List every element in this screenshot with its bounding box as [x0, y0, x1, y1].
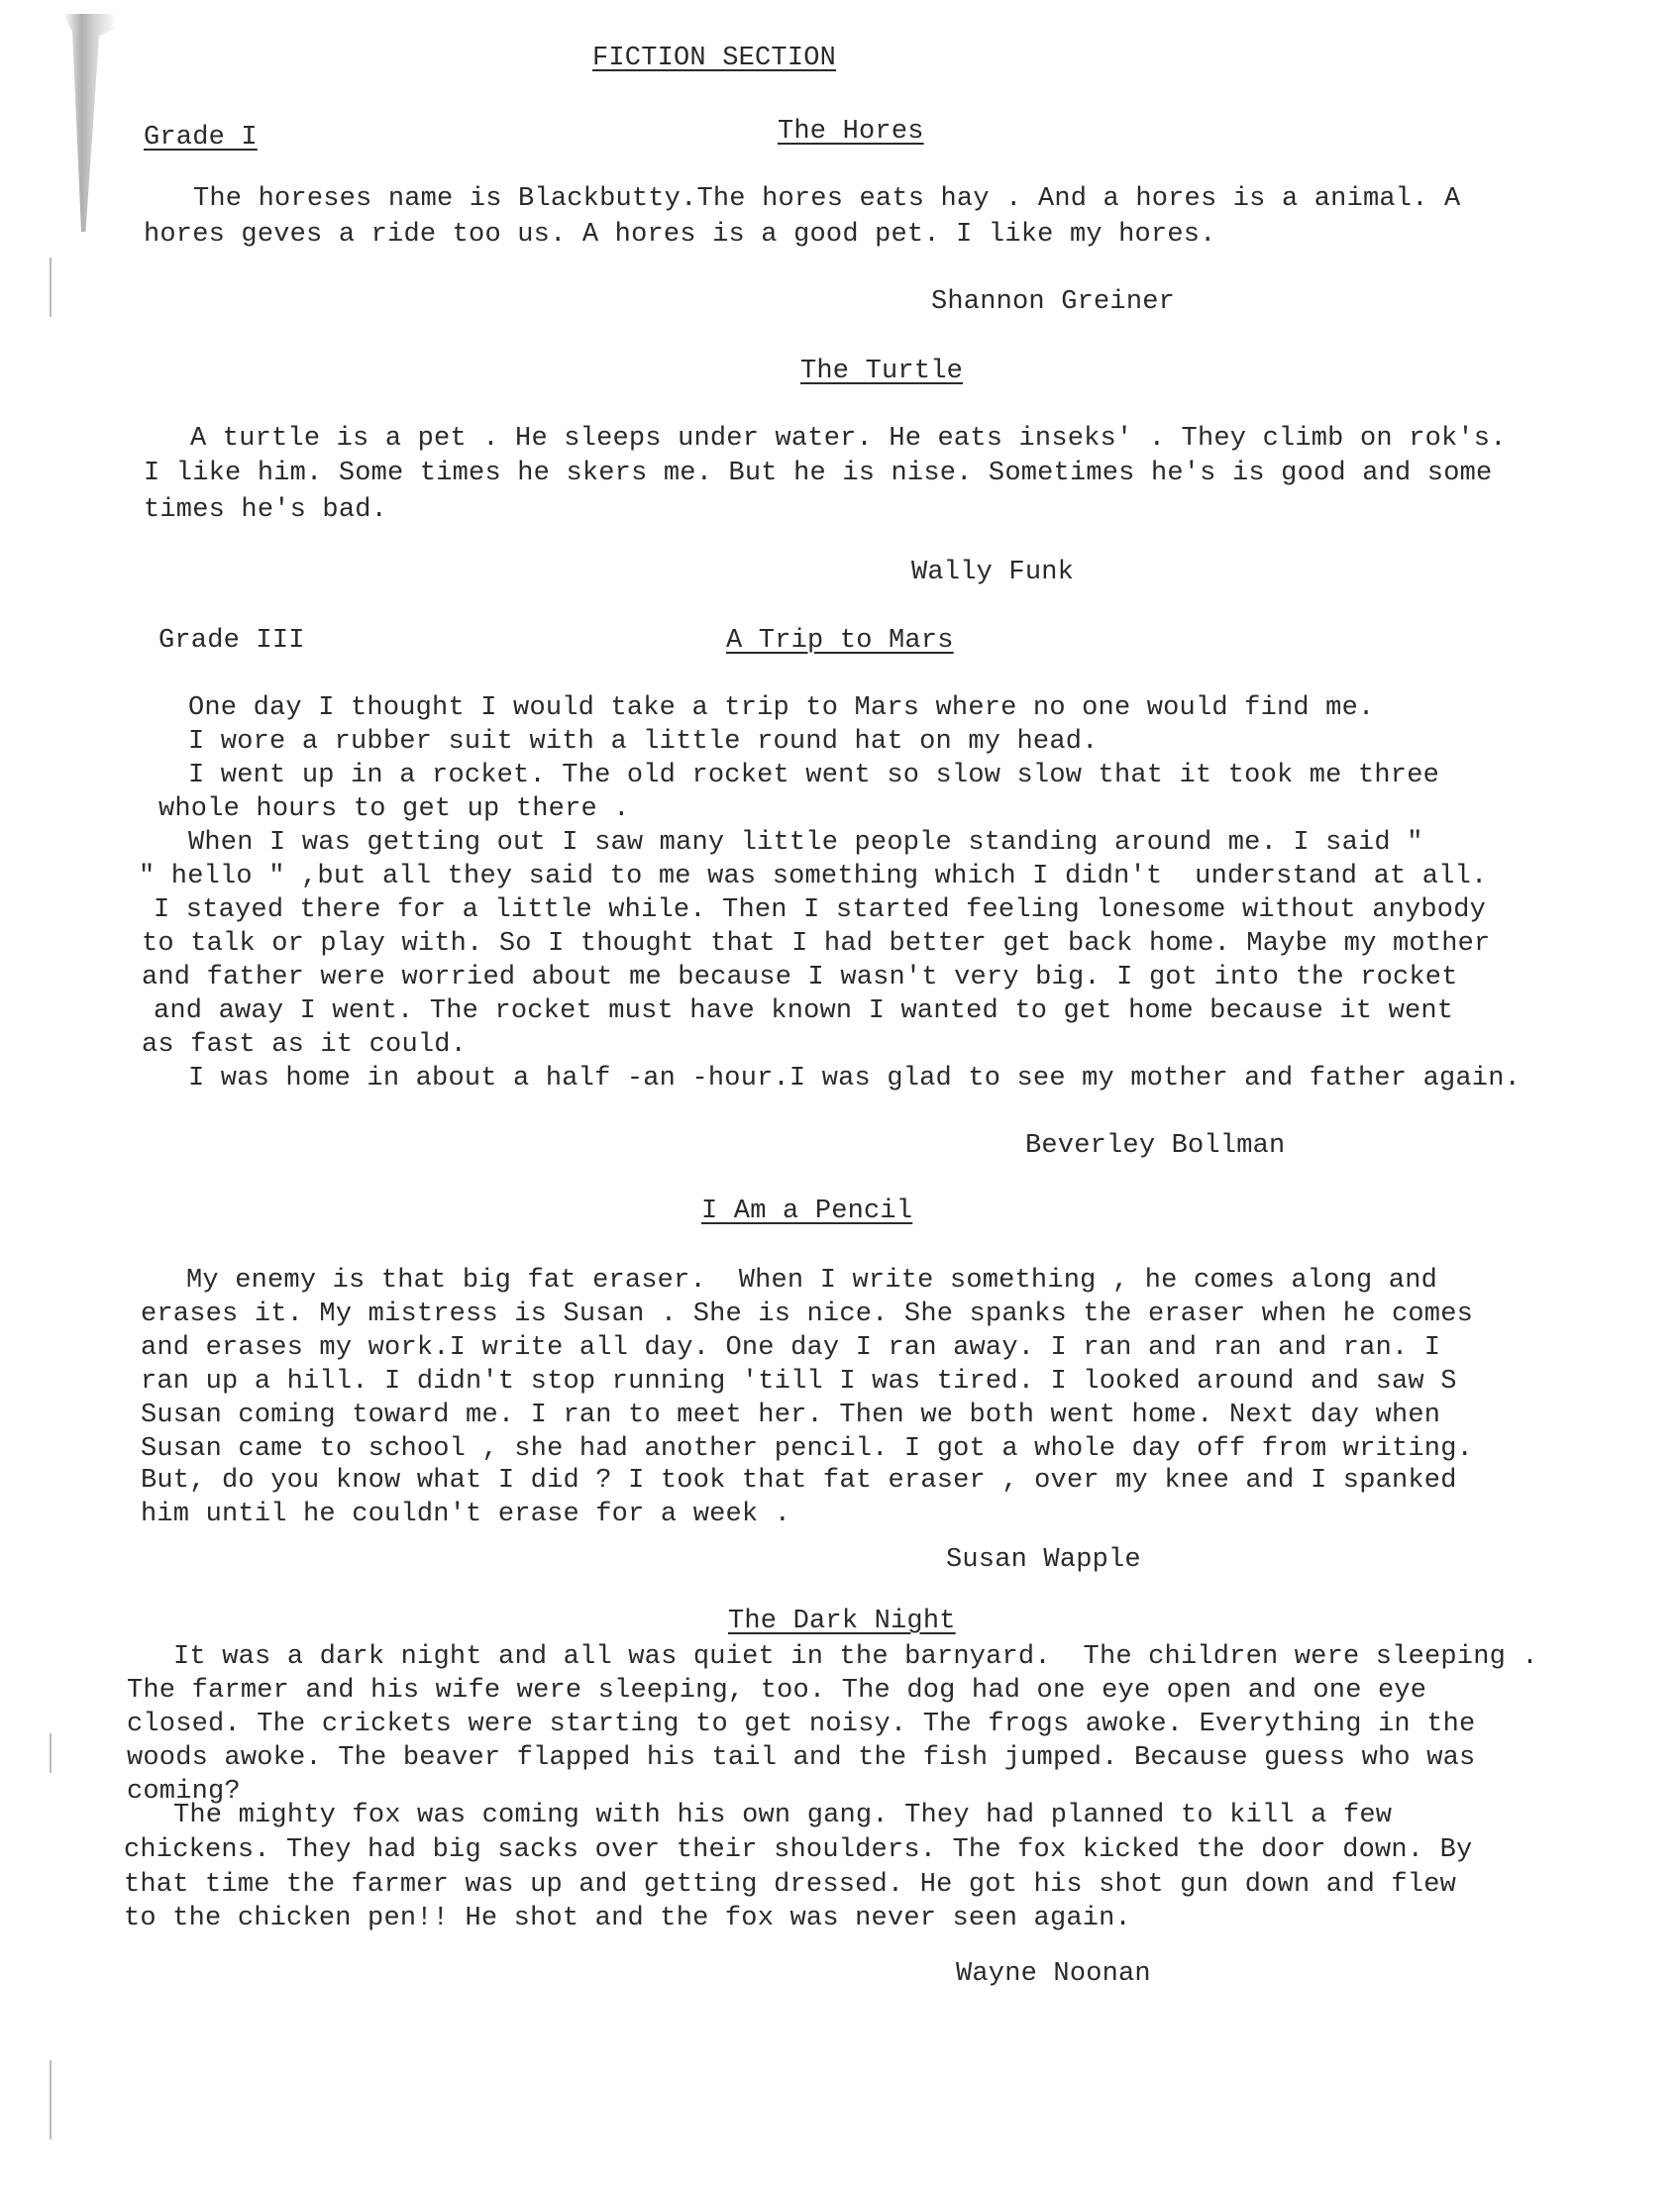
- story-line: woods awoke. The beaver flapped his tail…: [127, 1743, 1475, 1773]
- story-line: closed. The crickets were starting to ge…: [127, 1710, 1475, 1739]
- story-line: chickens. They had big sacks over their …: [124, 1835, 1472, 1865]
- scan-edge-mark: [50, 2060, 52, 2139]
- story-line: " hello " ,but all they said to me was s…: [139, 862, 1487, 891]
- story-line: and erases my work.I write all day. One …: [141, 1333, 1440, 1363]
- story-line: My enemy is that big fat eraser. When I …: [186, 1266, 1437, 1296]
- story-line: ran up a hill. I didn't stop running 'ti…: [141, 1367, 1457, 1397]
- story-title: The Dark Night: [728, 1607, 956, 1636]
- story-line: I went up in a rocket. The old rocket we…: [188, 761, 1439, 790]
- scan-artifact: [63, 14, 153, 232]
- story-title: The Turtle: [800, 357, 963, 386]
- story-line: One day I thought I would take a trip to…: [188, 693, 1374, 723]
- story-author: Beverley Bollman: [1025, 1131, 1285, 1161]
- story-line: that time the farmer was up and getting …: [124, 1870, 1456, 1900]
- story-line: Susan coming toward me. I ran to meet he…: [141, 1401, 1440, 1430]
- story-author: Wayne Noonan: [956, 1959, 1151, 1989]
- story-line: The farmer and his wife were sleeping, t…: [127, 1676, 1426, 1706]
- story-line: him until he couldn't erase for a week .: [141, 1500, 790, 1529]
- story-line: Susan came to school , she had another p…: [141, 1434, 1473, 1464]
- story-line: But, do you know what I did ? I took tha…: [141, 1466, 1457, 1496]
- story-line: I was home in about a half -an -hour.I w…: [188, 1064, 1521, 1093]
- story-line: The horeses name is Blackbutty.The hores…: [193, 184, 1460, 214]
- grade-heading: Grade III: [158, 626, 305, 656]
- story-author: Shannon Greiner: [931, 287, 1175, 317]
- story-author: Susan Wapple: [946, 1545, 1141, 1575]
- story-line: It was a dark night and all was quiet in…: [173, 1642, 1538, 1672]
- scan-edge-mark: [50, 1733, 52, 1773]
- story-line: The mighty fox was coming with his own g…: [173, 1801, 1392, 1830]
- story-title: The Hores: [778, 117, 924, 147]
- story-line: erases it. My mistress is Susan . She is…: [141, 1300, 1473, 1329]
- story-line: I stayed there for a little while. Then …: [154, 895, 1486, 925]
- story-title: I Am a Pencil: [701, 1197, 912, 1226]
- story-line: to talk or play with. So I thought that …: [142, 929, 1490, 959]
- grade-heading: Grade I: [144, 123, 258, 153]
- story-line: hores geves a ride too us. A hores is a …: [144, 220, 1216, 250]
- story-line: I like him. Some times he skers me. But …: [144, 459, 1492, 488]
- story-line: When I was getting out I saw many little…: [188, 828, 1423, 858]
- story-line: whole hours to get up there .: [158, 794, 630, 824]
- page-title: FICTION SECTION: [592, 44, 836, 73]
- story-title: A Trip to Mars: [726, 626, 954, 656]
- story-line: I wore a rubber suit with a little round…: [188, 727, 1099, 757]
- story-line: times he's bad.: [144, 495, 387, 525]
- story-line: to the chicken pen!! He shot and the fox…: [124, 1904, 1131, 1933]
- scan-edge-mark: [50, 258, 52, 317]
- story-author: Wally Funk: [911, 558, 1074, 587]
- story-line: as fast as it could.: [142, 1030, 467, 1060]
- story-line: and father were worried about me because…: [142, 963, 1458, 992]
- story-line: A turtle is a pet . He sleeps under wate…: [190, 424, 1507, 454]
- story-line: and away I went. The rocket must have kn…: [154, 996, 1453, 1026]
